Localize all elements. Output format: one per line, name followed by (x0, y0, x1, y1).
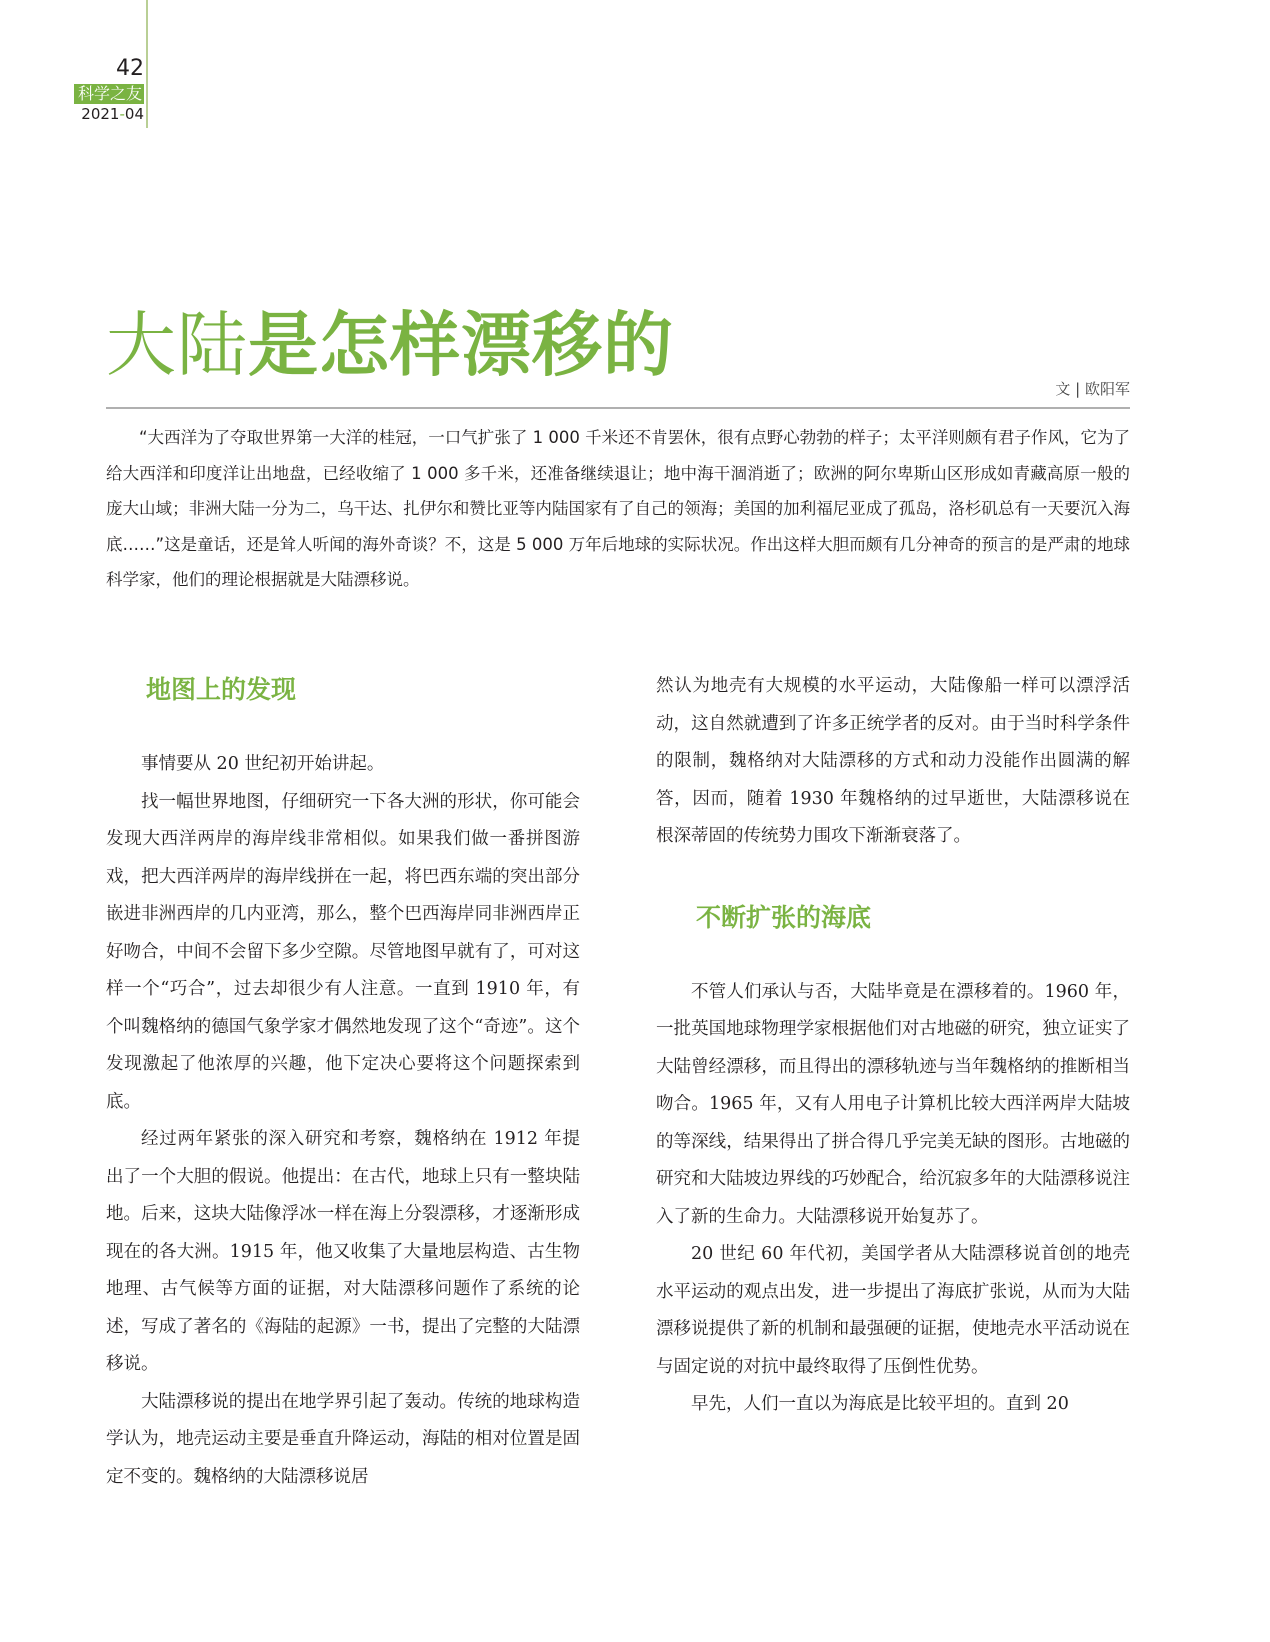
body-paragraph: 20 世纪 60 年代初，美国学者从大陆漂移说首创的地壳水平运动的观点出发，进一… (656, 1236, 1130, 1386)
section-heading-seafloor-spreading: 不断扩张的海底 (656, 900, 1130, 936)
article-title: 大陆是怎样漂移的 (106, 303, 674, 387)
section-heading-map-discovery: 地图上的发现 (106, 672, 580, 708)
issue-year: 2021 (81, 105, 119, 123)
magazine-name-badge: 科学之友 (74, 84, 144, 104)
page-number: 42 (74, 56, 144, 82)
issue-date: 2021-04 (74, 104, 144, 124)
article-title-light: 大陆 (106, 304, 248, 386)
header-divider-line (146, 0, 148, 128)
body-paragraph: 早先，人们一直以为海底是比较平坦的。直到 20 (656, 1386, 1130, 1424)
page-folio: 42 科学之友 2021-04 (74, 56, 144, 124)
body-paragraph: 事情要从 20 世纪初开始讲起。 (106, 746, 580, 784)
body-paragraph: 找一幅世界地图，仔细研究一下各大洲的形状，你可能会发现大西洋两岸的海岸线非常相似… (106, 784, 580, 1122)
author-byline: 文 | 欧阳军 (1055, 378, 1130, 399)
intro-divider-rule (106, 407, 1130, 409)
intro-paragraph: “大西洋为了夺取世界第一大洋的桂冠，一口气扩张了 1 000 千米还不肯罢休，很… (106, 420, 1130, 598)
body-paragraph: 大陆漂移说的提出在地学界引起了轰动。传统的地球构造学认为，地壳运动主要是垂直升降… (106, 1384, 580, 1497)
body-paragraph-continuation: 然认为地壳有大规模的水平运动，大陆像船一样可以漂浮活动，这自然就遭到了许多正统学… (656, 668, 1130, 856)
right-column: 然认为地壳有大规模的水平运动，大陆像船一样可以漂浮活动，这自然就遭到了许多正统学… (656, 668, 1130, 1424)
left-column: 地图上的发现 事情要从 20 世纪初开始讲起。 找一幅世界地图，仔细研究一下各大… (106, 668, 580, 1496)
article-title-bold: 是怎样漂移的 (248, 304, 674, 386)
issue-month: 04 (125, 105, 144, 123)
body-paragraph: 不管人们承认与否，大陆毕竟是在漂移着的。1960 年，一批英国地球物理学家根据他… (656, 974, 1130, 1237)
body-paragraph: 经过两年紧张的深入研究和考察，魏格纳在 1912 年提出了一个大胆的假说。他提出… (106, 1121, 580, 1384)
